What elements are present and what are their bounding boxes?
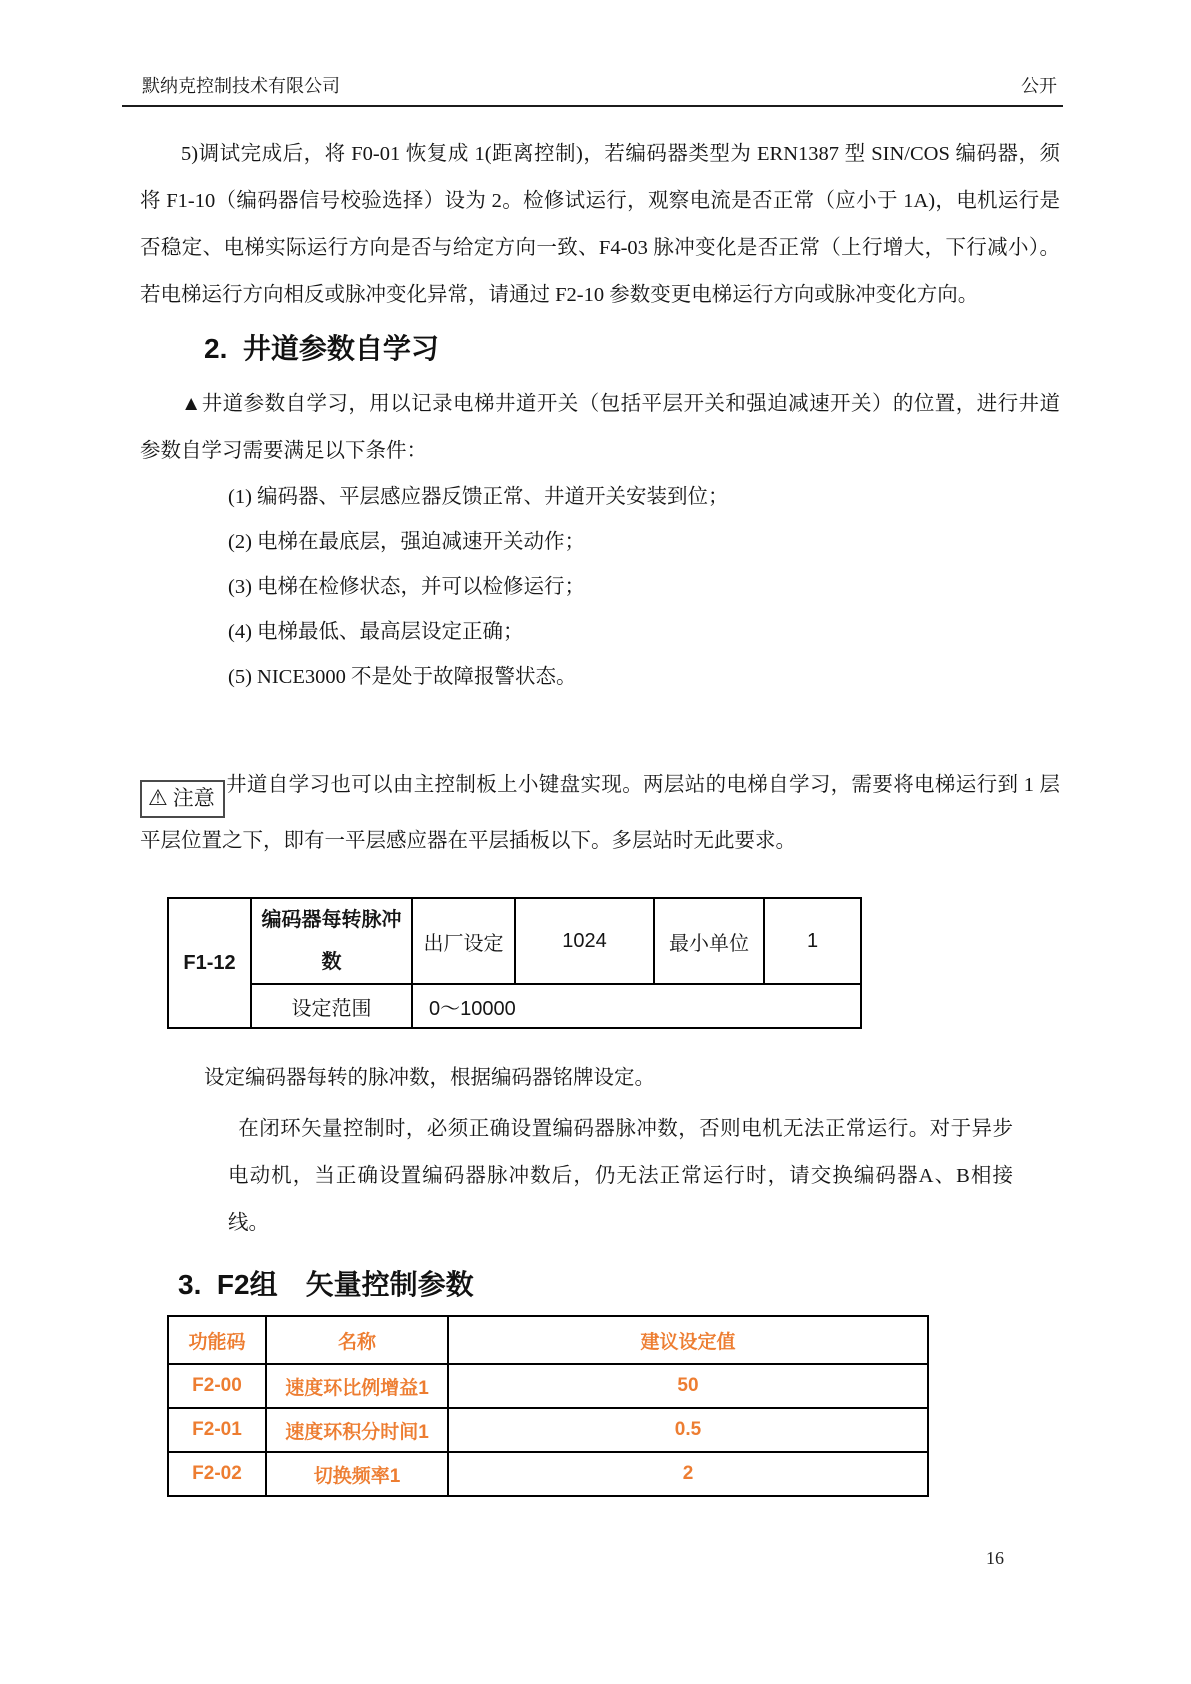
table-row: F2-00 速度环比例增益1 50 xyxy=(168,1364,928,1408)
header-company: 默纳克控制技术有限公司 xyxy=(142,76,340,97)
table-row: 设定范围 0～10000 xyxy=(168,984,861,1028)
column-header-recommended-value: 建议设定值 xyxy=(448,1316,928,1364)
note-box: ⚠注意 xyxy=(140,780,225,818)
section2-intro: ▲井道参数自学习，用以记录电梯井道开关（包括平层开关和强迫减速开关）的位置，进行… xyxy=(140,381,1060,475)
note-text: 井道自学习也可以由主控制板上小键盘实现。两层站的电梯自学习，需要将电梯运行到 1… xyxy=(140,774,1060,852)
min-unit-value-cell: 1 xyxy=(764,898,861,984)
list-item: (4) 电梯最低、最高层设定正确； xyxy=(228,610,1060,655)
f2-group-parameter-table: 功能码 名称 建议设定值 F2-00 速度环比例增益1 50 F2-01 速度环… xyxy=(167,1315,929,1497)
param-name-cell: 编码器每转脉冲数 xyxy=(251,898,412,984)
range-value-cell: 0～10000 xyxy=(412,984,861,1028)
param-name-cell: 速度环比例增益1 xyxy=(266,1364,448,1408)
param-code-cell: F1-12 xyxy=(168,898,251,1028)
param-name-cell: 速度环积分时间1 xyxy=(266,1408,448,1452)
table-row: F1-12 编码器每转脉冲数 出厂设定 1024 最小单位 1 xyxy=(168,898,861,984)
list-item: (5) NICE3000 不是处于故障报警状态。 xyxy=(228,655,1060,700)
note-label: 注意 xyxy=(173,786,215,810)
recommended-value-cell: 0.5 xyxy=(448,1408,928,1452)
closed-loop-paragraph: 在闭环矢量控制时，必须正确设置编码器脉冲数，否则电机无法正常运行。对于异步电动机… xyxy=(228,1106,1013,1247)
page-number: 16 xyxy=(986,1548,1004,1569)
column-header-name: 名称 xyxy=(266,1316,448,1364)
condition-list: (1) 编码器、平层感应器反馈正常、井道开关安装到位； (2) 电梯在最底层，强… xyxy=(228,475,1060,700)
header-classification: 公开 xyxy=(1021,76,1057,97)
table-row: F2-01 速度环积分时间1 0.5 xyxy=(168,1408,928,1452)
section2-heading: 2. 井道参数自学习 xyxy=(204,329,1060,369)
table-row: F2-02 切换频率1 2 xyxy=(168,1452,928,1496)
list-item: (3) 电梯在检修状态，并可以检修运行； xyxy=(228,565,1060,610)
min-unit-label-cell: 最小单位 xyxy=(654,898,764,984)
list-item: (2) 电梯在最底层，强迫减速开关动作； xyxy=(228,520,1060,565)
page-header: 默纳克控制技术有限公司 公开 xyxy=(122,76,1063,107)
range-label-cell: 设定范围 xyxy=(251,984,412,1028)
f1-12-parameter-table: F1-12 编码器每转脉冲数 出厂设定 1024 最小单位 1 设定范围 0～1… xyxy=(167,897,862,1029)
paragraph-step5: 5)调试完成后，将 F0-01 恢复成 1(距离控制)，若编码器类型为 ERN1… xyxy=(140,131,1060,319)
list-item: (1) 编码器、平层感应器反馈正常、井道开关安装到位； xyxy=(228,475,1060,520)
document-page: 默纳克控制技术有限公司 公开 5)调试完成后，将 F0-01 恢复成 1(距离控… xyxy=(0,0,1191,1684)
section3-heading: 3. F2组 矢量控制参数 xyxy=(178,1265,1060,1305)
param-name-cell: 切换频率1 xyxy=(266,1452,448,1496)
function-code-cell: F2-02 xyxy=(168,1452,266,1496)
note-paragraph: ⚠注意井道自学习也可以由主控制板上小键盘实现。两层站的电梯自学习，需要将电梯运行… xyxy=(140,762,1060,865)
recommended-value-cell: 50 xyxy=(448,1364,928,1408)
recommended-value-cell: 2 xyxy=(448,1452,928,1496)
encoder-setting-note: 设定编码器每转的脉冲数，根据编码器铭牌设定。 xyxy=(204,1055,1060,1102)
table-header-row: 功能码 名称 建议设定值 xyxy=(168,1316,928,1364)
factory-setting-label-cell: 出厂设定 xyxy=(412,898,515,984)
warning-triangle-icon: ⚠ xyxy=(148,786,168,811)
function-code-cell: F2-01 xyxy=(168,1408,266,1452)
function-code-cell: F2-00 xyxy=(168,1364,266,1408)
column-header-function-code: 功能码 xyxy=(168,1316,266,1364)
factory-setting-value-cell: 1024 xyxy=(515,898,654,984)
